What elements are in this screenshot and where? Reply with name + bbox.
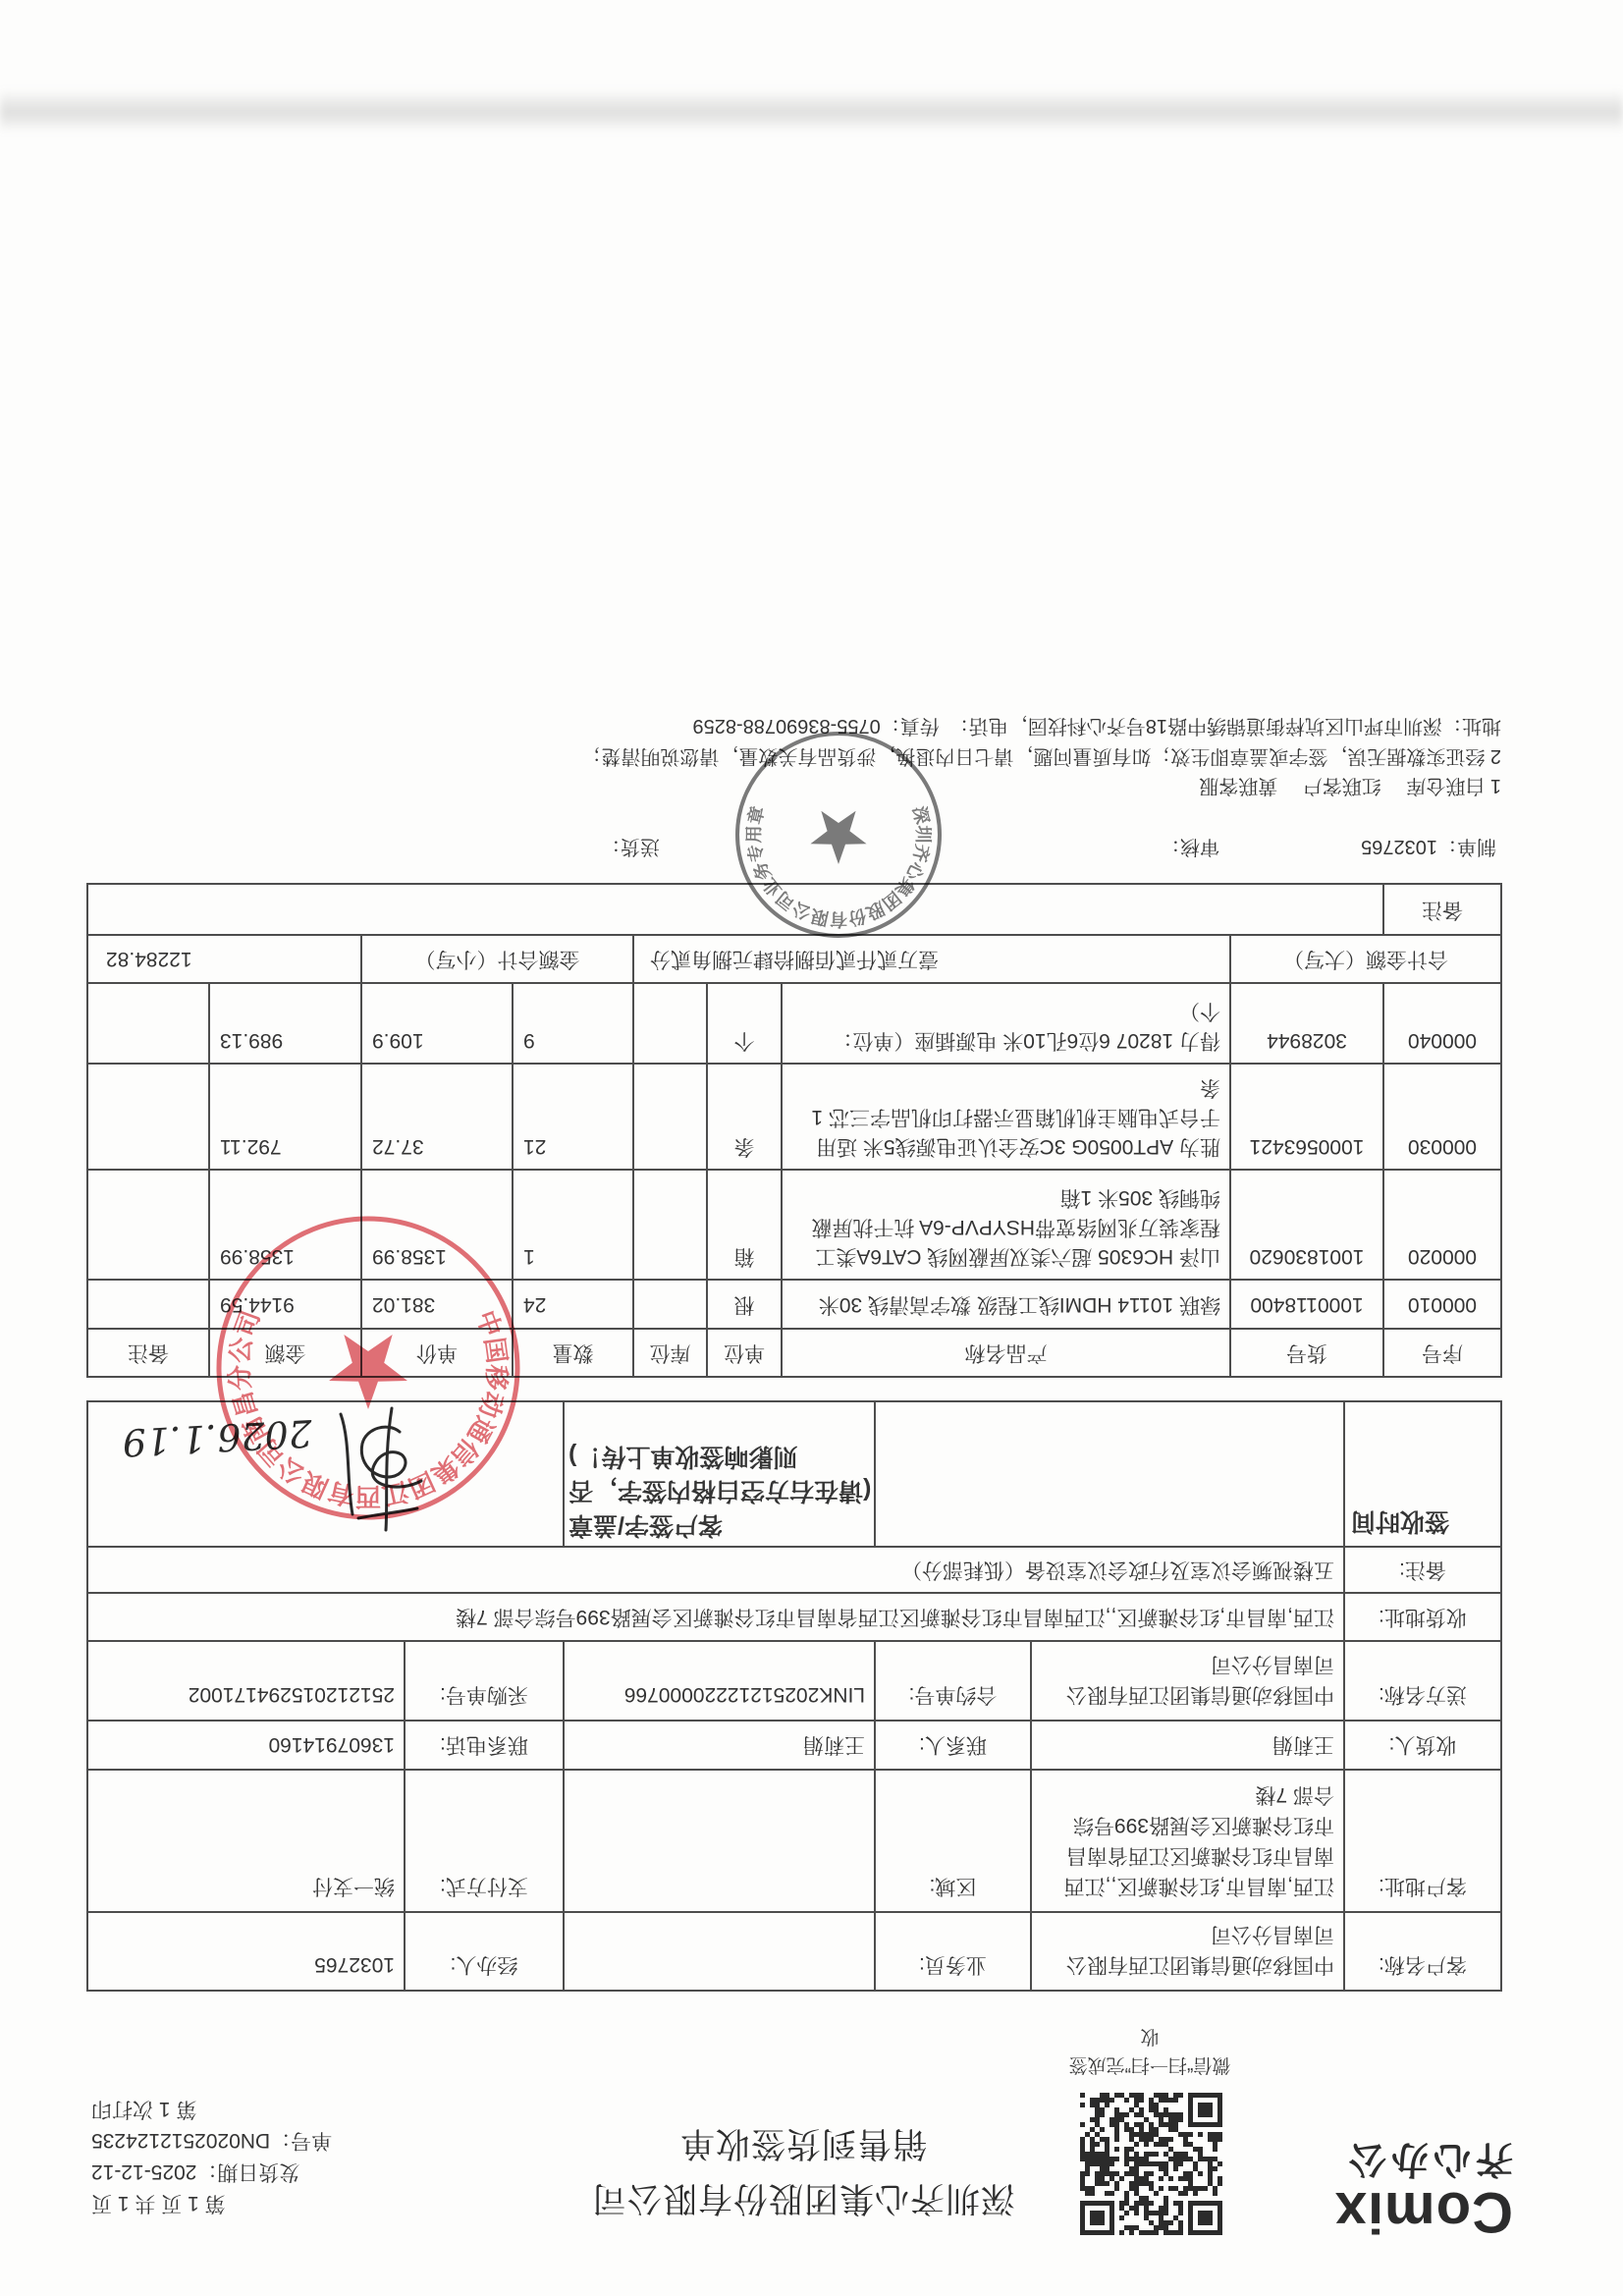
item-sku: 1000563421: [1230, 1064, 1383, 1170]
customer-address-value: 江西,南昌市,红谷滩新区,,江西 南昌市红谷滩新区江西省南昌 市红谷滩新区会展路…: [1031, 1770, 1344, 1912]
item-name-line: 得力 18207 6位6孔10米 电源插座（单位：: [791, 1025, 1220, 1055]
sender-row: 送方名称: 中国移动通信集团江西有限公 司南昌分公司 合约单号: LINK202…: [87, 1641, 1501, 1721]
signature-note-line: 则影响签收单上传！): [568, 1439, 874, 1473]
col-header-qty: 数量: [513, 1329, 633, 1377]
item-unit: 箱: [707, 1170, 782, 1280]
item-name: 绿联 10114 HDMI线工程级 数字高清线 30米: [782, 1280, 1230, 1329]
item-remark: [87, 1280, 209, 1329]
logo-brand: Comix: [1317, 2180, 1513, 2243]
qr-code: [1080, 2093, 1222, 2235]
delivery-address-label: 收货地址:: [1344, 1593, 1501, 1641]
col-header-unit: 单位: [707, 1329, 782, 1377]
item-name-line: 纯铜线 305米 1箱: [791, 1182, 1220, 1212]
customer-name-row: 客户名称: 中国移动通信集团江西有限公 司南昌分公司 业务员: 经办人: 103…: [87, 1912, 1501, 1991]
table-row: 000030 1000563421 胜为 APT0050G 3C安全认证电源线5…: [87, 1064, 1501, 1170]
phone-label: 联系电话:: [405, 1721, 564, 1770]
document-name: 销售到货签收单: [558, 2115, 1049, 2170]
total-lowercase-value: 12284.82: [87, 935, 361, 983]
item-name-line: 程家装万兆网络宽带HSYPVP-6A 抗干扰屏蔽: [791, 1212, 1220, 1241]
supplier-company-stamp: 深圳齐心集团股份有限公司业务专用章: [730, 727, 947, 943]
scanned-delivery-receipt: Comix 齐心办公 微信“扫一扫”完成签 收 深圳齐心集团股份有限公司 销售到…: [0, 0, 1623, 2296]
signature-label-title: 客户签字/盖章: [568, 1507, 874, 1542]
col-header-remark: 备注: [87, 1329, 209, 1377]
customer-address-line: 合部 7楼: [1041, 1779, 1334, 1810]
item-unit: 个: [707, 983, 782, 1064]
customer-name-line: 司南昌分公司: [1041, 1919, 1334, 1949]
po-number-value: 251212015294171002: [87, 1641, 405, 1721]
col-header-seq: 序号: [1383, 1329, 1501, 1377]
col-header-location: 库位: [633, 1329, 707, 1377]
customer-address-line: 江西,南昌市,红谷滩新区,,江西: [1041, 1871, 1334, 1901]
customer-signature-label: 客户签字/盖章 (请在右方空白格内签字，否 则影响签收单上传！): [564, 1401, 875, 1547]
item-name-line: 山泽 HC6305 超六类双屏蔽网线 CAT6A类工: [791, 1241, 1220, 1271]
item-seq: 000010: [1383, 1280, 1501, 1329]
print-count: 第 1 次打印: [91, 2093, 484, 2124]
item-name-line: 个）: [791, 996, 1220, 1025]
signoff-time-label: 签收时间: [1344, 1401, 1501, 1547]
region-value: [564, 1770, 875, 1912]
customer-company-stamp: 中国移动通信集团江西有限公司南昌分公司: [211, 1211, 525, 1525]
item-name: 得力 18207 6位6孔10米 电源插座（单位： 个）: [782, 983, 1230, 1064]
item-location: [633, 1170, 707, 1280]
contract-number-value: LINK20251212220000766: [564, 1641, 875, 1721]
customer-name-label: 客户名称:: [1344, 1912, 1501, 1991]
signoff-time-value: [875, 1401, 1344, 1547]
item-unit: 条: [707, 1064, 782, 1170]
receiver-value: 王莉娟: [1031, 1721, 1344, 1770]
order-number-value: DN0202512124235: [91, 2129, 270, 2152]
scan-artifact-band: [0, 89, 1623, 133]
item-price: 37.72: [361, 1064, 513, 1170]
item-name: 山泽 HC6305 超六类双屏蔽网线 CAT6A类工 程家装万兆网络宽带HSYP…: [782, 1170, 1230, 1280]
handler-label: 经办人:: [405, 1912, 564, 1991]
item-remark: [87, 983, 209, 1064]
customer-address-label: 客户地址:: [1344, 1770, 1501, 1912]
qr-caption-line: 微信“扫一扫”完成签: [1042, 2050, 1258, 2079]
customer-address-line: 南昌市红谷滩新区江西省南昌: [1041, 1840, 1334, 1871]
delivery-remark-label: 备注:: [1344, 1547, 1501, 1593]
po-number-label: 采购单号:: [405, 1641, 564, 1721]
order-number: 单号：DN0202512124235: [91, 2124, 484, 2156]
receiver-label: 收货人:: [1344, 1721, 1501, 1770]
item-price: 109.9: [361, 983, 513, 1064]
item-qty: 1: [513, 1170, 633, 1280]
maker-value: 1032765: [1361, 836, 1437, 857]
item-seq: 000040: [1383, 983, 1501, 1064]
page-count: 第 1 页 共 1 页: [91, 2187, 484, 2218]
item-sku: 3028944: [1230, 983, 1383, 1064]
handler-value: 1032765: [87, 1912, 405, 1991]
table-row: 000040 3028944 得力 18207 6位6孔10米 电源插座（单位：…: [87, 983, 1501, 1064]
contact-value: 王莉娟: [564, 1721, 875, 1770]
delivery-address-row: 收货地址: 江西,南昌市,红谷滩新区,,江西南昌市红谷滩新区江西省南昌市红谷滩新…: [87, 1593, 1501, 1641]
item-name-line: 胜为 APT0050G 3C安全认证电源线5米 适用: [791, 1131, 1220, 1161]
region-label: 区域:: [875, 1770, 1031, 1912]
star-icon: [329, 1335, 407, 1409]
item-seq: 000030: [1383, 1064, 1501, 1170]
ship-date: 发货日期：2025-12-12: [91, 2156, 484, 2187]
salesperson-value: [564, 1912, 875, 1991]
item-location: [633, 1064, 707, 1170]
terms-note: 2 经证实数据无误，签字或盖章即生效；如有质量问题，请七日内退换，涉货品有关数量…: [581, 743, 1501, 769]
col-header-name: 产品名称: [782, 1329, 1230, 1377]
item-location: [633, 1280, 707, 1329]
delivery-remark-value: 五楼视频会议室及行政会议室设备（低耗部分）: [87, 1547, 1344, 1593]
sender-label: 送方名称:: [1344, 1641, 1501, 1721]
total-uppercase-label: 合计金额（大写）: [1230, 935, 1501, 983]
customer-name-value: 中国移动通信集团江西有限公 司南昌分公司: [1031, 1912, 1344, 1991]
customer-address-line: 市红谷滩新区会展路399号综: [1041, 1810, 1334, 1840]
item-amount: 792.11: [209, 1064, 361, 1170]
reviewer-field: 审核：: [1161, 834, 1219, 859]
salesperson-label: 业务员:: [875, 1912, 1031, 1991]
item-name: 胜为 APT0050G 3C安全认证电源线5米 适用 于台式电脑主机机箱显示器打…: [782, 1064, 1230, 1170]
order-number-label: 单号：: [270, 2129, 332, 2152]
item-qty: 9: [513, 983, 633, 1064]
reviewer-label: 审核：: [1161, 836, 1219, 857]
logo-subtitle: 齐心办公: [1317, 2137, 1513, 2180]
document-title: 深圳齐心集团股份有限公司 销售到货签收单: [558, 2115, 1049, 2225]
receiver-row: 收货人: 王莉娟 联系人: 王莉娟 联系电话: 13607914160: [87, 1721, 1501, 1770]
items-remark-label: 备注: [1383, 884, 1501, 935]
item-sku: 1000118400: [1230, 1280, 1383, 1329]
copy-distribution-note: 1 白联仓库 红联客户 黄联客服: [1199, 773, 1501, 798]
item-unit: 根: [707, 1280, 782, 1329]
phone-value: 13607914160: [87, 1721, 405, 1770]
item-name-line: 条: [791, 1072, 1220, 1102]
sender-line: 司南昌分公司: [1041, 1649, 1334, 1679]
item-name-line: 于台式电脑主机机箱显示器打印机品字三芯 1: [791, 1102, 1220, 1131]
star-icon: [810, 811, 866, 864]
item-sku: 1001830620: [1230, 1170, 1383, 1280]
item-amount: 989.13: [209, 983, 361, 1064]
signature-note-line: (请在右方空白格内签字，否: [568, 1473, 874, 1507]
company-logo: Comix 齐心办公: [1317, 2137, 1513, 2243]
contract-number-label: 合约单号:: [875, 1641, 1031, 1721]
qr-caption-line: 收: [1042, 2022, 1258, 2050]
item-location: [633, 983, 707, 1064]
delivery-remark-row: 备注: 五楼视频会议室及行政会议室设备（低耗部分）: [87, 1547, 1501, 1593]
maker-label: 制单：: [1437, 836, 1496, 857]
deliverer-label: 送货：: [601, 836, 660, 857]
qr-caption: 微信“扫一扫”完成签 收: [1042, 2022, 1258, 2079]
payment-method-label: 支付方式:: [405, 1770, 564, 1912]
col-header-sku: 货号: [1230, 1329, 1383, 1377]
delivery-address-value: 江西,南昌市,红谷滩新区,,江西南昌市红谷滩新区江西省南昌市红谷滩新区会展路39…: [87, 1593, 1344, 1641]
deliverer-field: 送货：: [601, 834, 660, 859]
sender-line: 中国移动通信集团江西有限公: [1041, 1679, 1334, 1710]
item-qty: 21: [513, 1064, 633, 1170]
item-remark: [87, 1170, 209, 1280]
company-name: 深圳齐心集团股份有限公司: [558, 2170, 1049, 2225]
item-remark: [87, 1064, 209, 1170]
customer-name-line: 中国移动通信集团江西有限公: [1041, 1949, 1334, 1980]
item-qty: 24: [513, 1280, 633, 1329]
payment-method-value: 统一支付: [87, 1770, 405, 1912]
item-name-line: 绿联 10114 HDMI线工程级 数字高清线 30米: [791, 1289, 1220, 1319]
sender-value: 中国移动通信集团江西有限公 司南昌分公司: [1031, 1641, 1344, 1721]
maker-field: 制单：1032765: [1361, 834, 1496, 859]
document-meta: 第 1 页 共 1 页 发货日期：2025-12-12 单号：DN0202512…: [91, 2093, 484, 2218]
ship-date-value: 2025-12-12: [91, 2160, 196, 2183]
item-seq: 000020: [1383, 1170, 1501, 1280]
customer-address-row: 客户地址: 江西,南昌市,红谷滩新区,,江西 南昌市红谷滩新区江西省南昌 市红谷…: [87, 1770, 1501, 1912]
ship-date-label: 发货日期：: [196, 2160, 299, 2183]
contact-label: 联系人:: [875, 1721, 1031, 1770]
total-lowercase-label: 金额合计（小写）: [361, 935, 633, 983]
